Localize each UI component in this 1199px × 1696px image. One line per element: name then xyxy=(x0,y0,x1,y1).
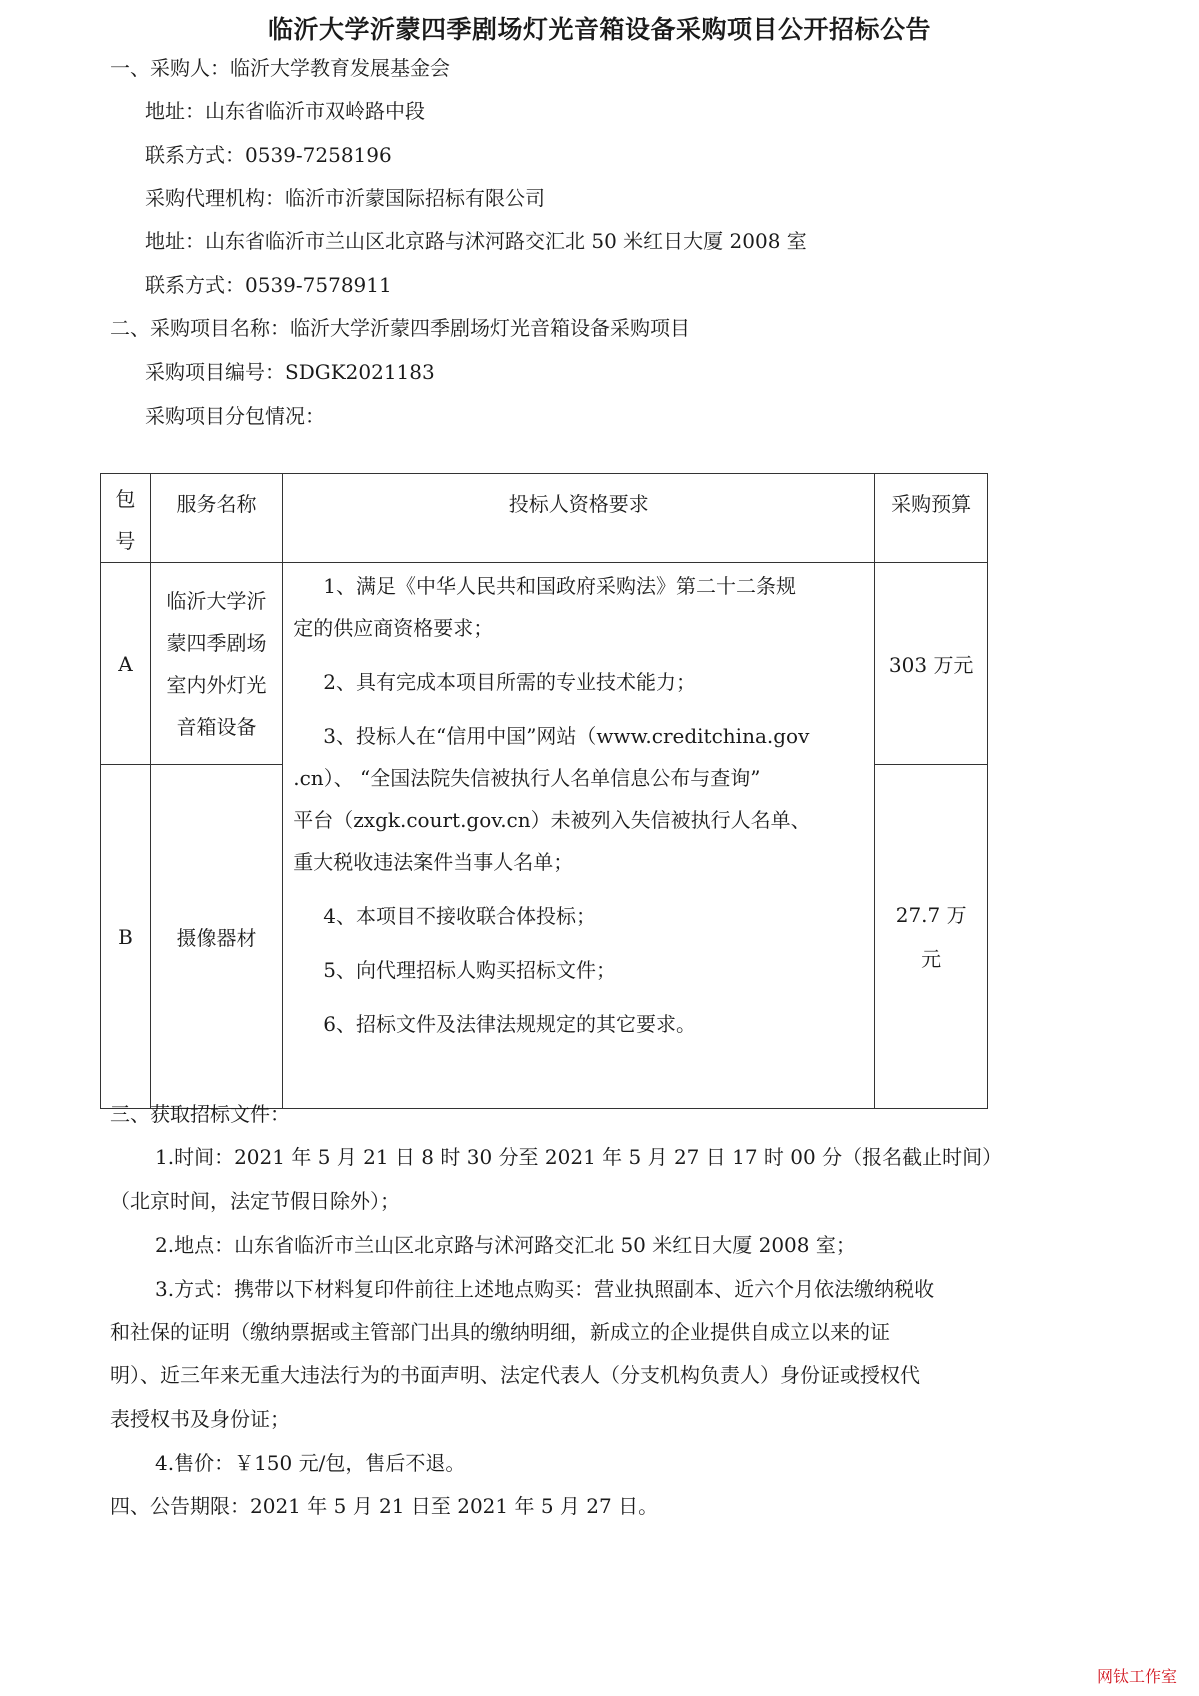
service-name: 临沂大学沂 蒙四季剧场 室内外灯光 音箱设备 xyxy=(150,563,282,765)
document-title: 临沂大学沂蒙四季剧场灯光音箱设备采购项目公开招标公告 xyxy=(0,10,1199,46)
obtain-method: 3.方式：携带以下材料复印件前往上述地点购买：营业执照副本、近六个月依法缴纳税收 xyxy=(155,1275,934,1303)
agency-name: 采购代理机构：临沂市沂蒙国际招标有限公司 xyxy=(145,184,545,212)
header-service-name: 服务名称 xyxy=(150,474,282,563)
requirement-item: 4、本项目不接收联合体投标； xyxy=(293,895,864,937)
table-row: A 临沂大学沂 蒙四季剧场 室内外灯光 音箱设备 1、满足《中华人民共和国政府采… xyxy=(101,563,988,765)
requirement-item: 1、满足《中华人民共和国政府采购法》第二十二条规 xyxy=(293,565,864,607)
requirement-item-cont: 定的供应商资格要求； xyxy=(293,607,864,649)
obtain-docs-heading: 三、获取招标文件： xyxy=(110,1100,290,1128)
packages-label: 采购项目分包情况： xyxy=(145,402,325,430)
agency-address: 地址：山东省临沂市兰山区北京路与沭河路交汇北 50 米红日大厦 2008 室 xyxy=(145,227,807,255)
packages-table: 包 号 服务名称 投标人资格要求 采购预算 A 临沂大学沂 蒙四季剧场 室内外灯… xyxy=(100,473,988,1109)
requirement-item-cont: 平台（zxgk.court.gov.cn）未被列入失信被执行人名单、 xyxy=(293,799,864,841)
package-no: B xyxy=(101,765,151,1109)
obtain-method-cont: 表授权书及身份证； xyxy=(110,1405,290,1433)
requirement-item: 6、招标文件及法律法规规定的其它要求。 xyxy=(293,1003,864,1045)
table-header-row: 包 号 服务名称 投标人资格要求 采购预算 xyxy=(101,474,988,563)
requirement-item: 2、具有完成本项目所需的专业技术能力； xyxy=(293,661,864,703)
project-number: 采购项目编号：SDGK2021183 xyxy=(145,358,435,386)
purchaser-address: 地址：山东省临沂市双岭路中段 xyxy=(145,97,425,125)
purchaser-contact: 联系方式：0539-7258196 xyxy=(145,141,392,169)
package-no: A xyxy=(101,563,151,765)
budget-value: 27.7 万 元 xyxy=(875,765,988,1109)
requirement-item: 3、投标人在“信用中国”网站（www.creditchina.gov xyxy=(293,715,864,757)
obtain-price: 4.售价：￥150 元/包，售后不退。 xyxy=(155,1449,465,1477)
requirement-item-cont: .cn）、 “全国法院失信被执行人名单信息公布与查询” xyxy=(293,757,864,799)
obtain-time: 1.时间：2021 年 5 月 21 日 8 时 30 分至 2021 年 5 … xyxy=(155,1143,1002,1171)
service-name: 摄像器材 xyxy=(150,765,282,1109)
obtain-method-cont: 明）、近三年来无重大违法行为的书面声明、法定代表人（分支机构负责人）身份证或授权… xyxy=(110,1361,920,1389)
budget-value: 303 万元 xyxy=(875,563,988,765)
requirement-item-cont: 重大税收违法案件当事人名单； xyxy=(293,841,864,883)
header-requirements: 投标人资格要求 xyxy=(283,474,875,563)
requirement-item: 5、向代理招标人购买招标文件； xyxy=(293,949,864,991)
obtain-method-cont: 和社保的证明（缴纳票据或主管部门出具的缴纳明细，新成立的企业提供自成立以来的证 xyxy=(110,1318,890,1346)
project-name-heading: 二、采购项目名称：临沂大学沂蒙四季剧场灯光音箱设备采购项目 xyxy=(110,314,690,342)
header-package-no: 包 号 xyxy=(101,474,151,563)
agency-contact: 联系方式：0539-7578911 xyxy=(145,271,392,299)
watermark: 网钛工作室 xyxy=(1097,1664,1177,1687)
notice-period: 四、公告期限：2021 年 5 月 21 日至 2021 年 5 月 27 日。 xyxy=(110,1492,658,1520)
purchaser-heading: 一、采购人：临沂大学教育发展基金会 xyxy=(110,54,450,82)
header-budget: 采购预算 xyxy=(875,474,988,563)
requirements-list: 1、满足《中华人民共和国政府采购法》第二十二条规 定的供应商资格要求； 2、具有… xyxy=(283,563,875,1109)
obtain-place: 2.地点：山东省临沂市兰山区北京路与沭河路交汇北 50 米红日大厦 2008 室… xyxy=(155,1231,856,1259)
obtain-time-cont: （北京时间，法定节假日除外）； xyxy=(110,1187,400,1215)
